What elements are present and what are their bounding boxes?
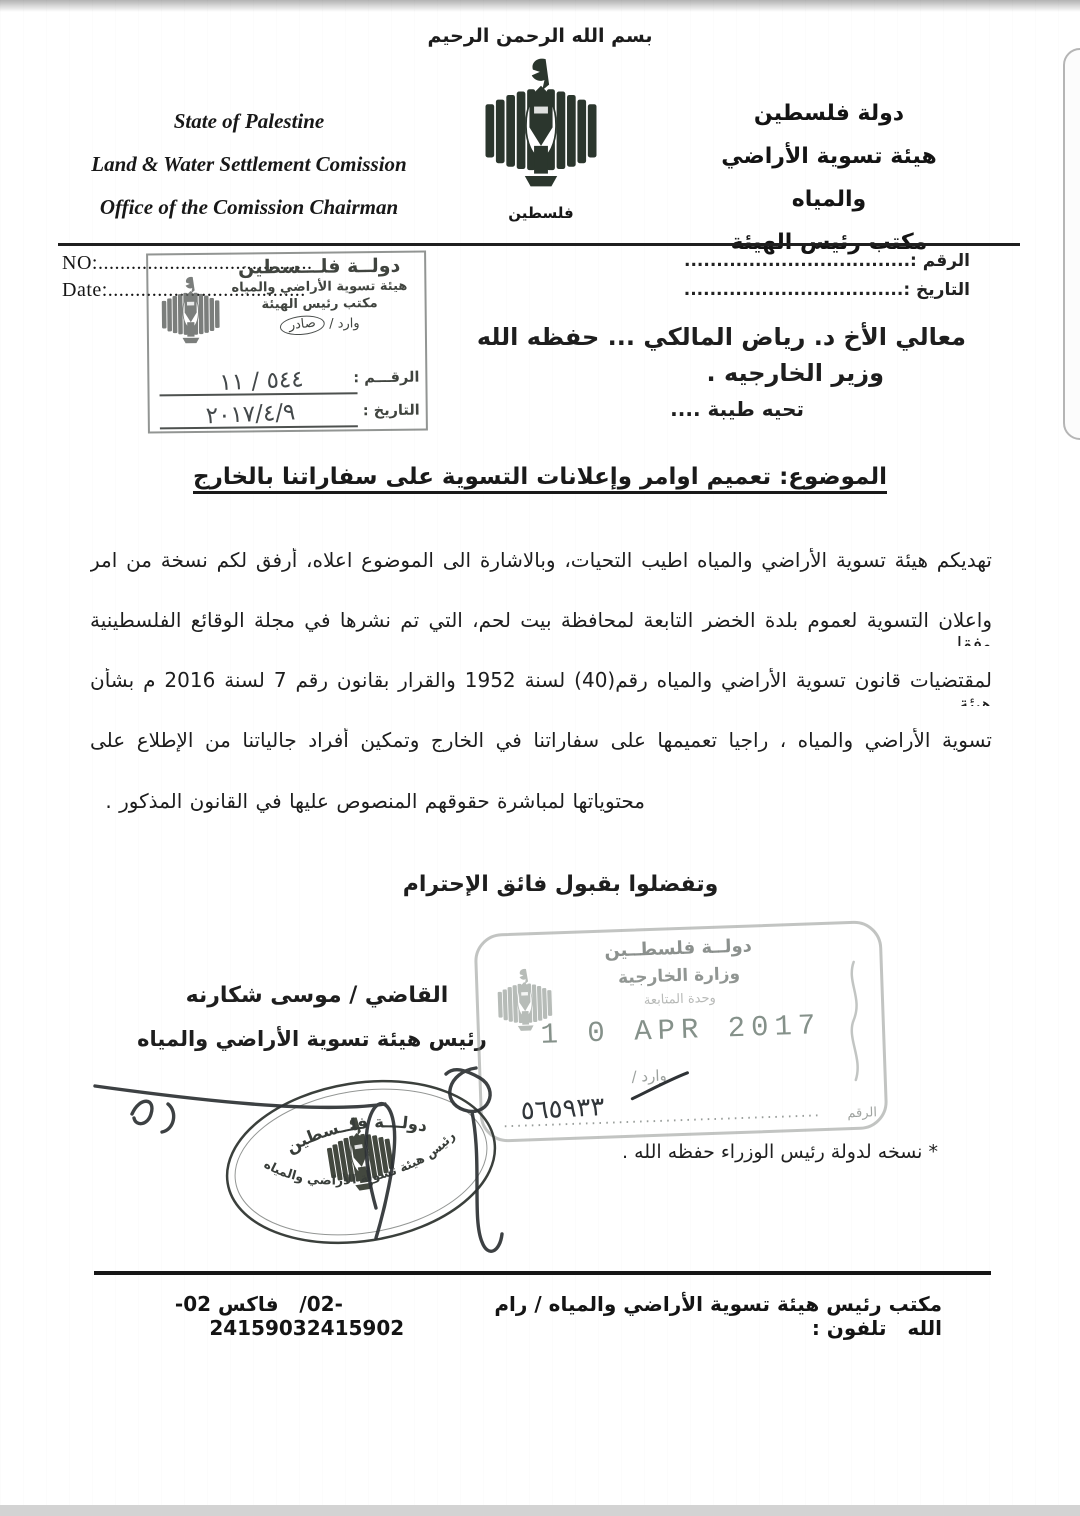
- letterhead-arabic: دولة فلسطين هيئة تسوية الأراضي والمياه م…: [686, 92, 972, 264]
- stamp-country: دولــة فلـــسطين: [218, 255, 420, 279]
- tarikh-field: التاريخ :...............................…: [684, 276, 970, 305]
- stamp-number-label: الرقـــم :: [353, 370, 419, 387]
- raqam-field: الرقم :.................................…: [684, 247, 970, 276]
- stamp-number-row: الرقـــم : ٥٤٤ / ١١: [157, 361, 419, 398]
- addressee-name: معالي الأخ د. رياض المالكي ... حفظه الله: [477, 323, 966, 351]
- stamp-date-value: ٢٠١٧/٤/٩: [205, 399, 296, 429]
- scrollbar-thumb[interactable]: [1063, 48, 1080, 440]
- stamp-number-value: ٥٤٤ / ١١: [219, 366, 304, 396]
- handwritten-signature: [76, 1038, 516, 1268]
- body-line-4: تسوية الأراضي والمياه ، راجيا تعميمها عل…: [90, 728, 992, 766]
- mfa-receipt-stamp: دولــة فلسطــين وزارة الخارجية وحدة المت…: [473, 920, 888, 1143]
- letterhead-en-line2: Land & Water Settlement Comission: [84, 143, 414, 186]
- subject-line: الموضوع: تعميم اوامر وإعلانات التسوية عل…: [0, 464, 1080, 490]
- letter-body: تهديكم هيئة تسوية الأراضي والمياه اطيب ا…: [90, 548, 992, 848]
- viewer-bottom-bar: [0, 1505, 1080, 1516]
- stamp-date-row: التاريخ : ٢٠١٧/٤/٩: [158, 394, 420, 431]
- receipt-number-label: الرقم: [847, 1105, 877, 1121]
- stamp-date-label: التاريخ :: [363, 403, 420, 420]
- body-line-5: محتوياتها لمباشرة حقوقهم المنصوص عليها ف…: [105, 789, 645, 827]
- stamp-org: هيئة تسوية الأراضي والمياه: [218, 279, 420, 296]
- footnote-copy: * نسخه لدولة رئيس الوزراء حفظه الله .: [622, 1141, 938, 1163]
- body-line-2: واعلان التسوية لعموم بلدة الخضر التابعة …: [90, 608, 992, 646]
- letterhead-en-line3: Office of the Comission Chairman: [84, 186, 414, 229]
- footer-contact: مكتب رئيس هيئة تسوية الأراضي والمياه / ر…: [104, 1292, 942, 1340]
- letterhead-english: State of Palestine Land & Water Settleme…: [84, 100, 414, 229]
- outgoing-stamp-box: دولــة فلـــسطين هيئة تسوية الأراضي والم…: [146, 251, 428, 434]
- closing-salutation: وتفضلوا بقبول فائق الإحترام: [388, 872, 733, 897]
- stamp-out-label-circled: صادر: [279, 314, 326, 337]
- scanned-letter-page: { "header": { "bismillah": "بسم الله الر…: [0, 0, 1080, 1516]
- footer-fax: / فاكس 02-2415903: [104, 1292, 307, 1340]
- letterhead-ar-line2: هيئة تسوية الأراضي والمياه: [686, 135, 972, 221]
- stamp-in-out: وارد / صادر: [219, 315, 421, 336]
- body-line-1: تهديكم هيئة تسوية الأراضي والمياه اطيب ا…: [90, 548, 992, 586]
- reference-right: الرقم :.................................…: [684, 247, 970, 305]
- signatory-name: القاضي / موسى شكارنه: [152, 983, 482, 1008]
- receipt-number-handwritten: ٥٦٥٩٣٣: [520, 1092, 605, 1126]
- subject-text: الموضوع: تعميم اوامر وإعلانات التسوية عل…: [193, 464, 887, 490]
- viewer-top-shadow: [0, 0, 1080, 12]
- footer-office-phone-label: مكتب رئيس هيئة تسوية الأراضي والمياه / ر…: [425, 1292, 942, 1340]
- footer-phone-number: 02-2415902: [307, 1292, 425, 1340]
- greeting: تحيه طيبة ....: [670, 397, 804, 421]
- bismillah-text: بسم الله الرحمن الرحيم: [0, 25, 1080, 47]
- letterhead-ar-line1: دولة فلسطين: [686, 92, 972, 135]
- palestine-eagle-emblem-icon: [466, 58, 616, 206]
- letterhead-en-line1: State of Palestine: [84, 100, 414, 143]
- stamp-eagle-icon: [160, 271, 221, 360]
- stamp-office: مكتب رئيس الهيئة: [219, 296, 421, 313]
- pen-slash-mark: [627, 1070, 692, 1102]
- header-divider: [58, 243, 1020, 246]
- stamp-in-label: وارد /: [329, 316, 360, 331]
- emblem-caption: فلسطين: [466, 204, 616, 222]
- addressee-title: وزير الخارجيه .: [706, 359, 884, 387]
- outgoing-stamp-text: دولــة فلـــسطين هيئة تسوية الأراضي والم…: [218, 255, 421, 336]
- receipt-side-scribble: [840, 957, 872, 1084]
- footer-divider: [94, 1271, 991, 1275]
- body-line-3: لمقتضيات قانون تسوية الأراضي والمياه رقم…: [90, 668, 992, 706]
